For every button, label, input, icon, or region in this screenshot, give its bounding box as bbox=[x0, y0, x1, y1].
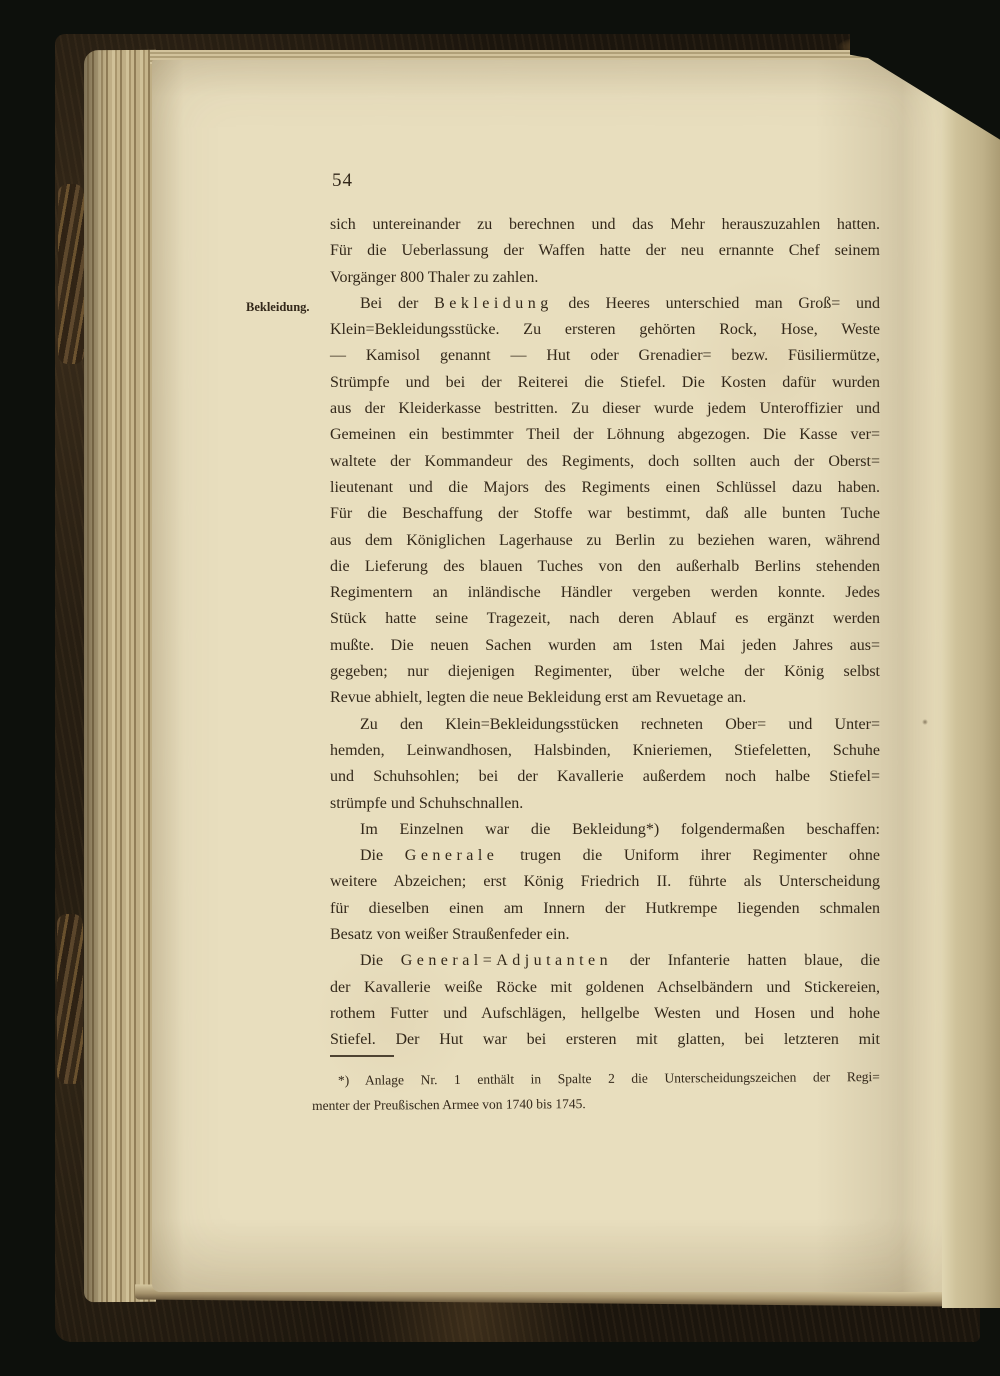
footnote-rule bbox=[330, 1055, 394, 1057]
text-line: Die General=Adjutanten der Infanterie ha… bbox=[330, 948, 880, 974]
text-line: lieutenant und die Majors des Regiments … bbox=[330, 475, 880, 501]
text-run: hemden, Leinwandhosen, Halsbinden, Knier… bbox=[330, 742, 880, 759]
text-run: waltete der Kommandeur des Regiments, do… bbox=[330, 453, 880, 470]
text-line: strümpfe und Schuhschnallen. bbox=[330, 791, 880, 817]
text-line: Zu den Klein=Bekleidungsstücken rechnete… bbox=[330, 712, 880, 738]
text-line: gegeben; nur diejenigen Regimenter, über… bbox=[330, 659, 880, 685]
text-line: Gemeinen ein bestimmter Theil der Löhnun… bbox=[330, 422, 880, 448]
text-run: trugen die Uniform ihrer Regimenter ohne bbox=[498, 847, 880, 864]
text-line: Klein=Bekleidungsstücke. Zu ersteren geh… bbox=[330, 317, 880, 343]
text-line: hemden, Leinwandhosen, Halsbinden, Knier… bbox=[330, 738, 880, 764]
facing-page-edge bbox=[942, 64, 1000, 1308]
body-text: sich untereinander zu berechnen und das … bbox=[330, 212, 880, 1054]
footnote: *) Anlage Nr. 1 enthält in Spalte 2 die … bbox=[312, 1064, 880, 1118]
text-line: Stiefel. Der Hut war bei ersteren mit gl… bbox=[330, 1027, 880, 1053]
text-line: Stück hatte seine Tragezeit, nach deren … bbox=[330, 606, 880, 632]
text-run: und Schuhsohlen; bei der Kavallerie auße… bbox=[330, 768, 880, 785]
text-run: — Kamisol genannt — Hut oder Grenadier= … bbox=[330, 347, 880, 364]
text-line: für dieselben einen am Innern der Hutkre… bbox=[330, 896, 880, 922]
text-run: rothem Futter und Aufschlägen, hellgelbe… bbox=[330, 1005, 880, 1022]
text-run: Revue abhielt, legten die neue Bekleidun… bbox=[330, 689, 746, 706]
margin-note: Bekleidung. bbox=[246, 300, 326, 315]
text-line: Für die Beschaffung der Stoffe war besti… bbox=[330, 501, 880, 527]
text-line: aus dem Königlichen Lagerhause zu Berlin… bbox=[330, 528, 880, 554]
text-run: Klein=Bekleidungsstücke. Zu ersteren geh… bbox=[330, 321, 880, 338]
text-line: — Kamisol genannt — Hut oder Grenadier= … bbox=[330, 343, 880, 369]
spine-marbling bbox=[57, 914, 83, 1084]
book-photo: 54 Bekleidung. sich untereinander zu ber… bbox=[0, 0, 1000, 1376]
text-run: sich untereinander zu berechnen und das … bbox=[330, 216, 880, 233]
text-run: Besatz von weißer Straußenfeder ein. bbox=[330, 926, 569, 943]
text-run: Stiefel. Der Hut war bei ersteren mit gl… bbox=[330, 1031, 880, 1048]
text-run: strümpfe und Schuhschnallen. bbox=[330, 795, 523, 812]
text-run: Die bbox=[360, 847, 405, 864]
text-line: Revue abhielt, legten die neue Bekleidun… bbox=[330, 685, 880, 711]
text-line: Strümpfe und bei der Reiterei die Stiefe… bbox=[330, 370, 880, 396]
text-run: Zu den Klein=Bekleidungsstücken rechnete… bbox=[360, 716, 880, 733]
text-run: der Infanterie hatten blaue, die bbox=[612, 952, 880, 969]
text-line: Bei der Bekleidung des Heeres unterschie… bbox=[330, 291, 880, 317]
text-line: und Schuhsohlen; bei der Kavallerie auße… bbox=[330, 764, 880, 790]
text-run: weitere Abzeichen; erst König Friedrich … bbox=[330, 873, 880, 890]
text-run: *) Anlage Nr. 1 enthält in Spalte 2 die … bbox=[338, 1069, 880, 1088]
text-run: Strümpfe und bei der Reiterei die Stiefe… bbox=[330, 374, 880, 391]
text-line: Besatz von weißer Straußenfeder ein. bbox=[330, 922, 880, 948]
text-run: Bei der bbox=[360, 295, 434, 312]
text-run: gegeben; nur diejenigen Regimenter, über… bbox=[330, 663, 880, 680]
text-run: Die bbox=[360, 952, 401, 969]
emphasized-text: General=Adjutanten bbox=[401, 952, 612, 969]
text-line: die Lieferung des blauen Tuches von den … bbox=[330, 554, 880, 580]
text-run: Stück hatte seine Tragezeit, nach deren … bbox=[330, 610, 880, 627]
text-run: aus der Kleiderkasse bestritten. Zu dies… bbox=[330, 400, 880, 417]
text-run: lieutenant und die Majors des Regiments … bbox=[330, 479, 880, 496]
spine-marbling bbox=[58, 184, 84, 364]
text-run: die Lieferung des blauen Tuches von den … bbox=[330, 558, 880, 575]
page-number: 54 bbox=[332, 170, 353, 192]
text-line: Vorgänger 800 Thaler zu zahlen. bbox=[330, 265, 880, 291]
text-run: menter der Preußischen Armee von 1740 bi… bbox=[312, 1096, 586, 1113]
text-line: sich untereinander zu berechnen und das … bbox=[330, 212, 880, 238]
text-run: Regimentern an inländische Händler verge… bbox=[330, 584, 880, 601]
text-run: des Heeres unterschied man Groß= und bbox=[553, 295, 880, 312]
text-run: Vorgänger 800 Thaler zu zahlen. bbox=[330, 269, 538, 286]
text-run: aus dem Königlichen Lagerhause zu Berlin… bbox=[330, 532, 880, 549]
text-line: waltete der Kommandeur des Regiments, do… bbox=[330, 449, 880, 475]
text-run: Im Einzelnen war die Bekleidung*) folgen… bbox=[360, 821, 880, 838]
emphasized-text: Generale bbox=[405, 847, 499, 864]
text-run: mußte. Die neuen Sachen wurden am 1sten … bbox=[330, 637, 880, 654]
text-line: *) Anlage Nr. 1 enthält in Spalte 2 die … bbox=[312, 1064, 880, 1093]
book-page: 54 Bekleidung. sich untereinander zu ber… bbox=[152, 60, 942, 1292]
text-run: Für die Beschaffung der Stoffe war besti… bbox=[330, 505, 880, 522]
text-run: Für die Ueberlassung der Waffen hatte de… bbox=[330, 242, 880, 259]
text-line: Im Einzelnen war die Bekleidung*) folgen… bbox=[330, 817, 880, 843]
text-line: mußte. Die neuen Sachen wurden am 1sten … bbox=[330, 633, 880, 659]
emphasized-text: Bekleidung bbox=[434, 295, 553, 312]
text-line: Regimentern an inländische Händler verge… bbox=[330, 580, 880, 606]
text-run: der Kavallerie weiße Röcke mit goldenen … bbox=[330, 979, 880, 996]
text-line: weitere Abzeichen; erst König Friedrich … bbox=[330, 869, 880, 895]
text-run: für dieselben einen am Innern der Hutkre… bbox=[330, 900, 880, 917]
text-line: aus der Kleiderkasse bestritten. Zu dies… bbox=[330, 396, 880, 422]
text-line: Für die Ueberlassung der Waffen hatte de… bbox=[330, 238, 880, 264]
text-line: rothem Futter und Aufschlägen, hellgelbe… bbox=[330, 1001, 880, 1027]
text-line: Die Generale trugen die Uniform ihrer Re… bbox=[330, 843, 880, 869]
text-line: der Kavallerie weiße Röcke mit goldenen … bbox=[330, 975, 880, 1001]
text-run: Gemeinen ein bestimmter Theil der Löhnun… bbox=[330, 426, 880, 443]
page-edges-left bbox=[84, 50, 156, 1303]
text-line: menter der Preußischen Armee von 1740 bi… bbox=[312, 1089, 880, 1118]
